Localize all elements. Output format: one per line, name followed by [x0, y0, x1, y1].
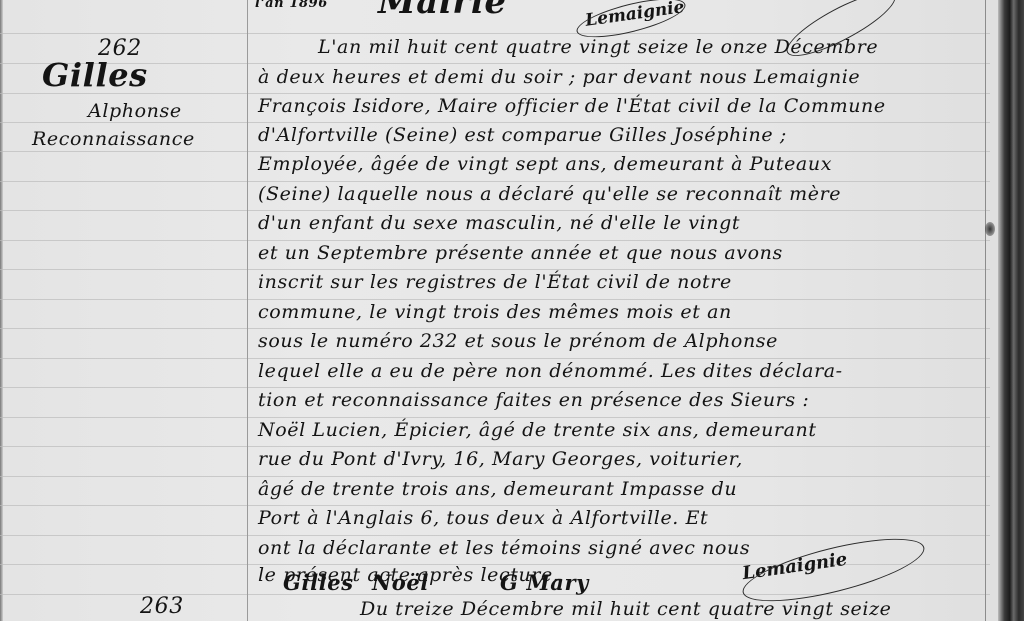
- margin-act-type: Reconnaissance: [32, 128, 195, 150]
- header-fragment: l'an 1896: [255, 0, 328, 11]
- ruled-line: [0, 181, 990, 182]
- ruled-line: [0, 269, 990, 270]
- ruled-line: [0, 93, 990, 94]
- book-spine-edge: [998, 0, 1024, 621]
- body-line: à deux heures et demi du soir ; par deva…: [258, 66, 860, 88]
- ruled-line: [0, 417, 990, 418]
- body-line: d'un enfant du sexe masculin, né d'elle …: [258, 212, 740, 234]
- ruled-line: [0, 476, 990, 477]
- ruled-line: [0, 328, 990, 329]
- body-line: sous le numéro 232 et sous le prénom de …: [258, 330, 778, 352]
- ruled-line: [0, 151, 990, 152]
- body-line: Employée, âgée de vingt sept ans, demeur…: [258, 153, 832, 175]
- ruled-line: [0, 358, 990, 359]
- body-line: rue du Pont d'Ivry, 16, Mary Georges, vo…: [258, 448, 743, 470]
- ruled-line: [0, 535, 990, 536]
- body-line: inscrit sur les registres de l'État civi…: [258, 271, 732, 293]
- register-page: l'an 1896 Mairie Lemaignie 262 Gilles Al…: [0, 0, 1024, 621]
- header-title-fragment: Mairie: [378, 0, 507, 22]
- body-line: lequel elle a eu de père non dénommé. Le…: [258, 360, 843, 382]
- ruled-line: [0, 122, 990, 123]
- body-line: tion et reconnaissance faites en présenc…: [258, 389, 809, 411]
- body-line: (Seine) laquelle nous a déclaré qu'elle …: [258, 183, 841, 205]
- next-entry-start: Du treize Décembre mil huit cent quatre …: [360, 598, 892, 620]
- right-margin-rule: [985, 0, 986, 621]
- ink-blot: [985, 222, 995, 236]
- ruled-line: [0, 299, 990, 300]
- margin-surname: Gilles: [42, 56, 148, 94]
- ruled-line: [0, 505, 990, 506]
- body-line: ont la déclarante et les témoins signé a…: [258, 537, 750, 559]
- body-line: et un Septembre présente année et que no…: [258, 242, 783, 264]
- body-line: L'an mil huit cent quatre vingt seize le…: [318, 36, 878, 58]
- ruled-line: [0, 446, 990, 447]
- signature-witness-2: G Mary: [500, 570, 589, 595]
- ruled-line: [0, 63, 990, 64]
- margin-rule: [247, 0, 248, 621]
- margin-given-name: Alphonse: [88, 100, 182, 122]
- body-line: commune, le vingt trois des mêmes mois e…: [258, 301, 732, 323]
- ruled-line: [0, 210, 990, 211]
- signature-declarant: Gilles: [283, 570, 354, 595]
- ruled-line: [0, 387, 990, 388]
- body-line: Noël Lucien, Épicier, âgé de trente six …: [258, 419, 817, 441]
- body-line: d'Alfortville (Seine) est comparue Gille…: [258, 124, 787, 146]
- ruled-line: [0, 240, 990, 241]
- next-entry-number: 263: [140, 594, 184, 619]
- signature-witness-1: Noël: [372, 570, 429, 595]
- body-line: Port à l'Anglais 6, tous deux à Alfortvi…: [258, 507, 708, 529]
- body-line: âgé de trente trois ans, demeurant Impas…: [258, 478, 737, 500]
- body-line: François Isidore, Maire officier de l'Ét…: [258, 95, 886, 117]
